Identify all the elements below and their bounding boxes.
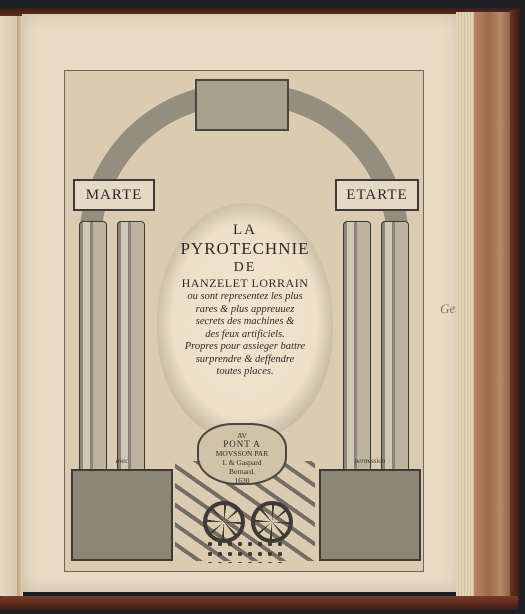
engraved-frontispiece: MARTE ETARTE LA PYROTECHNIE DE HANZELET … xyxy=(64,70,424,572)
cannon-column-icon xyxy=(381,221,409,493)
coat-of-arms-icon xyxy=(195,79,289,131)
imprint-line: MOVSSON PAR xyxy=(199,449,285,458)
binding-bottom xyxy=(0,596,518,610)
imprint-line: Bernard. xyxy=(199,467,285,476)
subtitle-line: toutes places. xyxy=(161,366,329,379)
subtitle-line: surprendre & deffendre xyxy=(161,354,329,367)
right-label: ETARTE xyxy=(346,187,407,204)
cannonballs-icon xyxy=(205,539,285,563)
left-label: MARTE xyxy=(86,187,143,204)
left-pedestal: avec xyxy=(71,469,173,561)
book-title: PYROTECHNIE xyxy=(161,239,329,259)
imprint-place: PONT A xyxy=(199,440,285,449)
cannon-column-icon xyxy=(117,221,145,493)
cannon-wheel-icon xyxy=(203,501,245,543)
cannon-wheel-icon xyxy=(251,501,293,543)
pedestal-left-label: avec xyxy=(73,457,171,465)
binding-right xyxy=(510,10,520,602)
subtitle-line: Propres pour assieger battre xyxy=(161,341,329,354)
pedestal-right-label: permission xyxy=(321,457,419,465)
cannon-column-icon xyxy=(79,221,107,493)
imprint-printer: I. & Gaspard xyxy=(199,458,285,467)
fore-edge xyxy=(474,12,512,596)
right-label-box: ETARTE xyxy=(335,179,419,211)
book: MARTE ETARTE LA PYROTECHNIE DE HANZELET … xyxy=(0,8,520,608)
imprint-year: 1630 xyxy=(199,476,285,485)
subtitle-line: ou sont representez les plus xyxy=(161,291,329,304)
author: HANZELET LORRAIN xyxy=(161,276,329,291)
subtitle-line: rares & plus appreuuez xyxy=(161,304,329,317)
subtitle-line: des feux artificiels. xyxy=(161,329,329,342)
subtitle-line: secrets des machines & xyxy=(161,316,329,329)
cannon-column-icon xyxy=(343,221,371,493)
title-line-3: DE xyxy=(161,259,329,276)
title-line-1: LA xyxy=(161,221,329,239)
left-label-box: MARTE xyxy=(73,179,155,211)
imprint-cartouche: AV PONT A MOVSSON PAR I. & Gaspard Berna… xyxy=(197,423,287,485)
title-block: LA PYROTECHNIE DE HANZELET LORRAIN ou so… xyxy=(161,221,329,379)
title-page: MARTE ETARTE LA PYROTECHNIE DE HANZELET … xyxy=(22,14,460,592)
page-stack xyxy=(456,12,474,596)
right-pedestal: permission xyxy=(319,469,421,561)
